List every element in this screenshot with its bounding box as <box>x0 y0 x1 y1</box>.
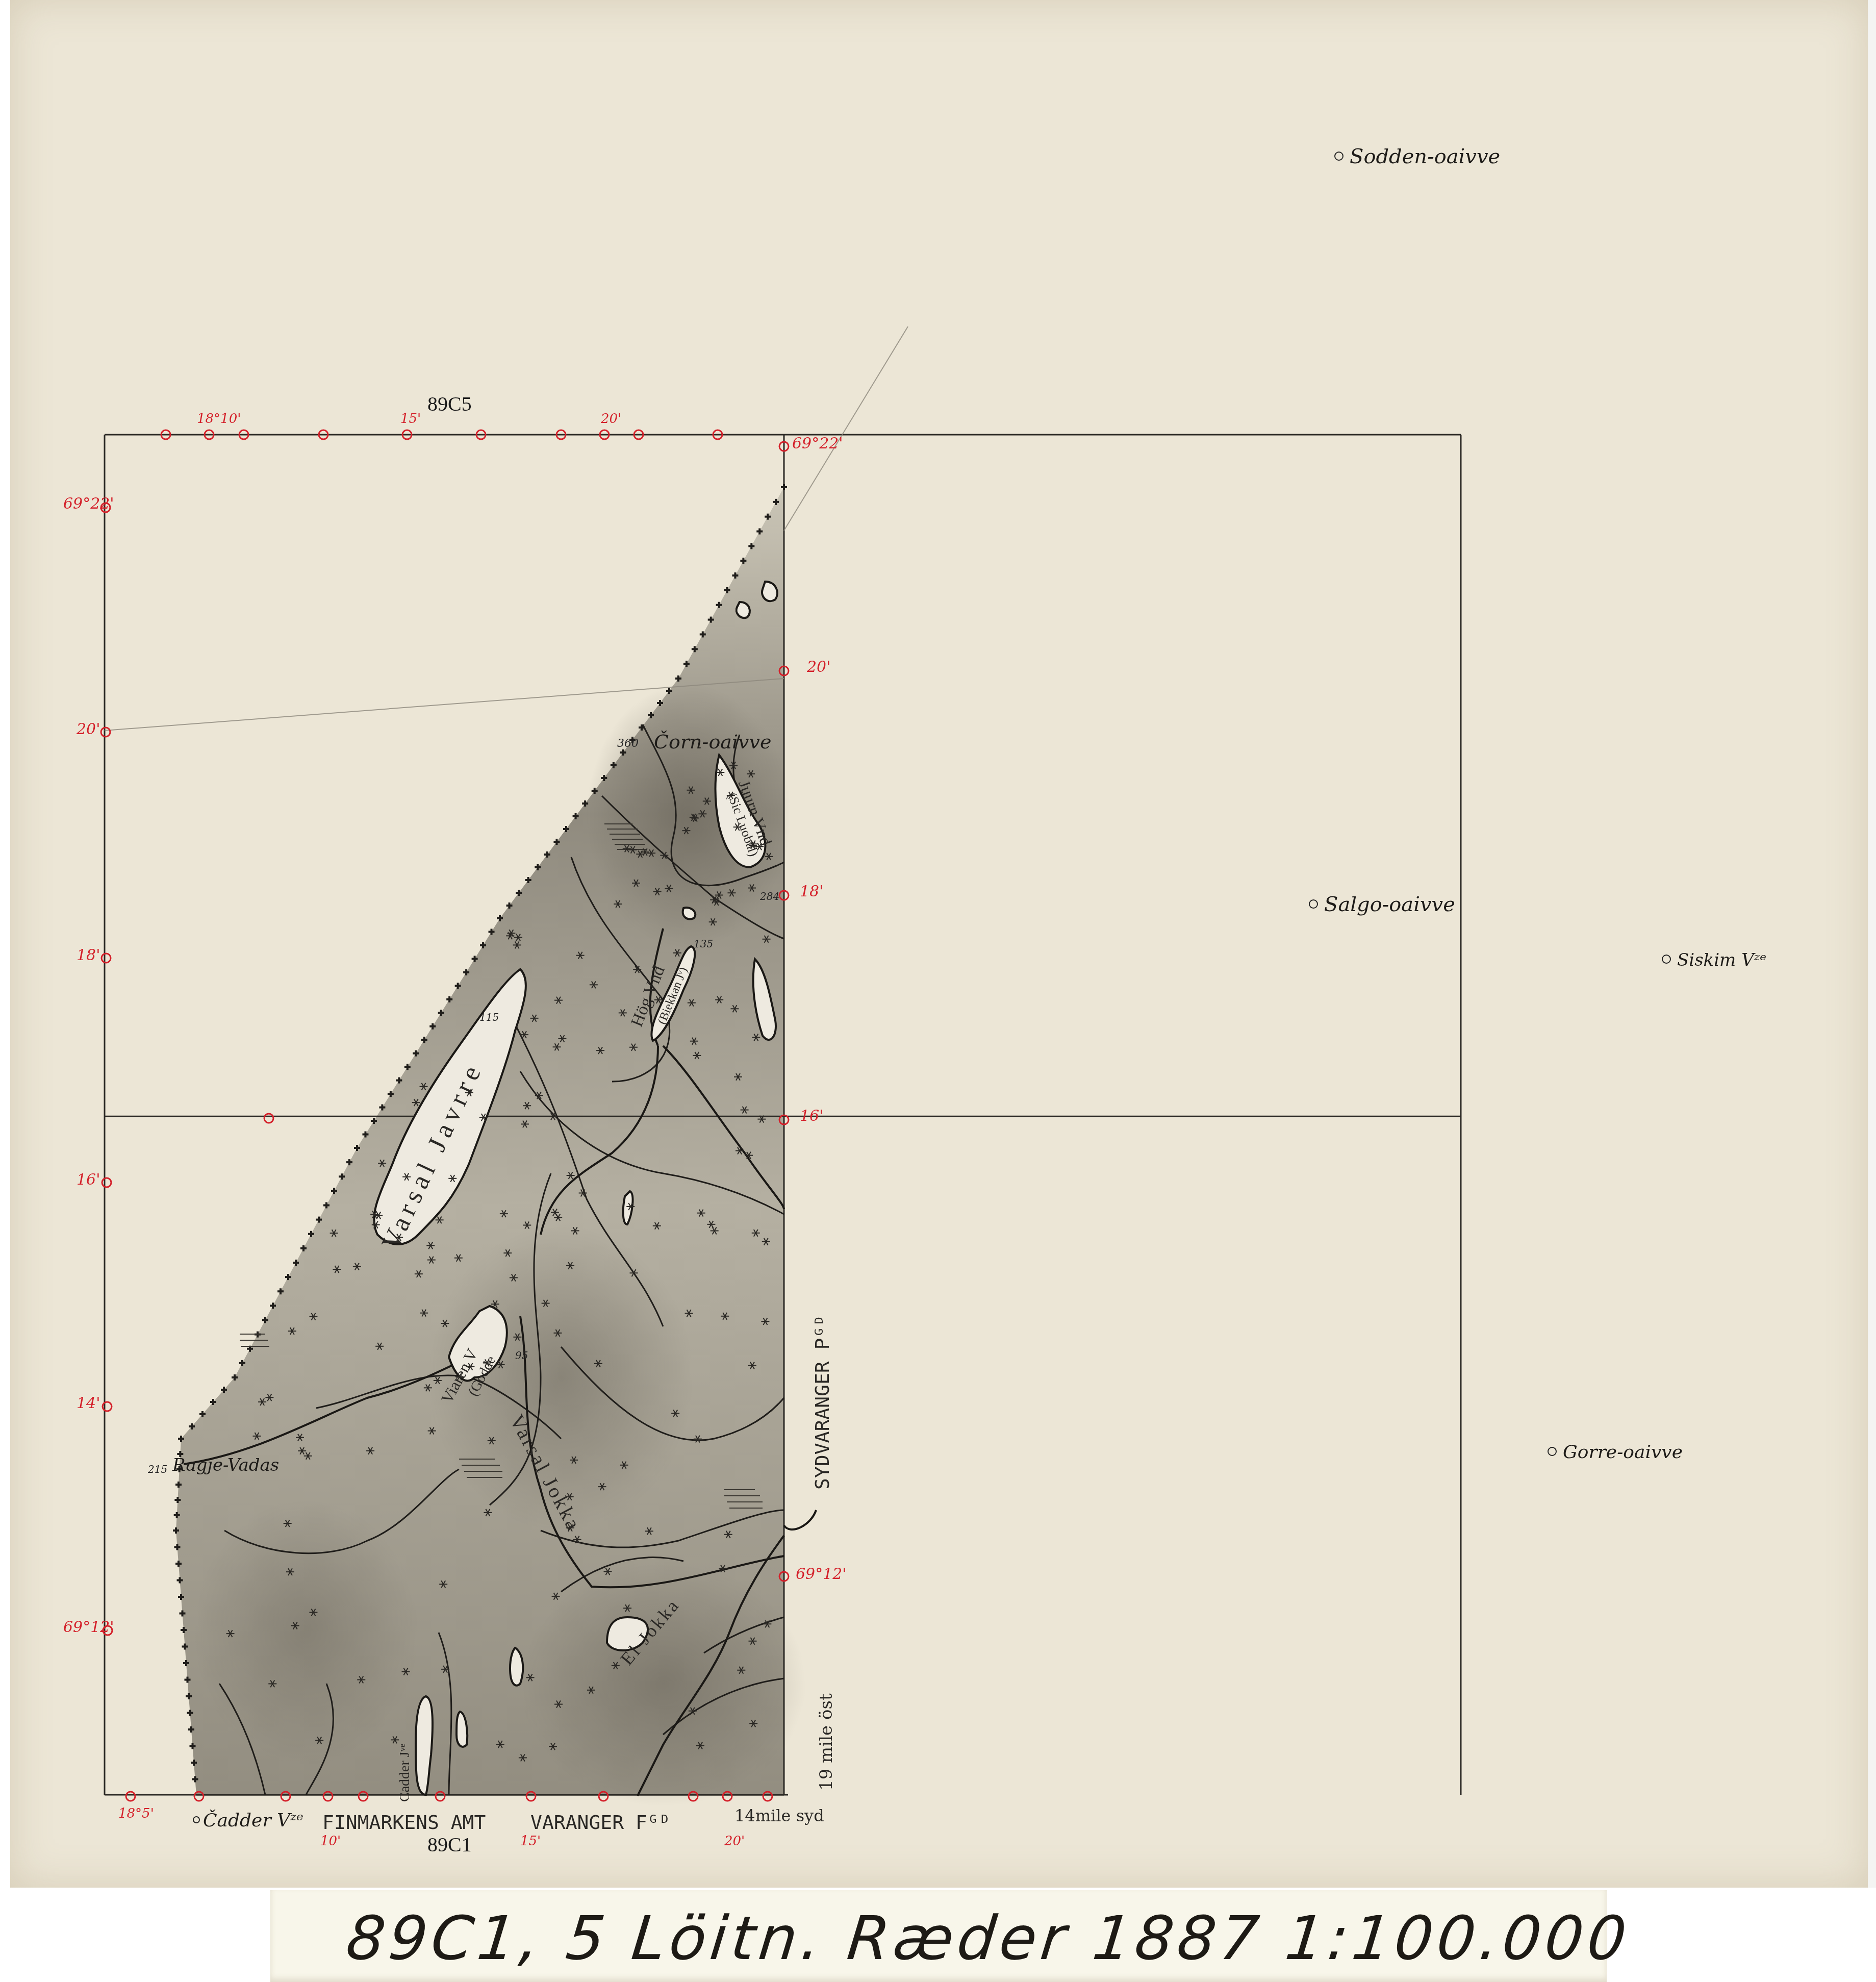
lake-cadder-label: Cadder Jᵛᵉ <box>397 1744 413 1802</box>
place-sodden-oaivve: Sodden-oaivve <box>1334 145 1500 168</box>
map-graphics <box>0 0 1876 1888</box>
lon-label-top-2: 15' <box>400 411 421 426</box>
elevation-284: 284 <box>760 890 779 902</box>
place-siskim: Siskim Vᶻᵉ <box>1662 950 1766 970</box>
lat-label-inner-22: 69°22' <box>792 435 843 453</box>
elevation-95: 95 <box>515 1349 528 1362</box>
lat-label-inner-16: 16' <box>800 1107 823 1125</box>
lon-label-bottom-4: 20' <box>724 1834 745 1849</box>
distance-south-label: 14mile syd <box>734 1806 824 1825</box>
lat-label-left-14: 14' <box>77 1394 100 1412</box>
trig-point-icon <box>193 1816 200 1823</box>
bottom-point-cadder: Čadder Vᶻᵉ <box>193 1810 303 1831</box>
elevation-215: 215 <box>148 1463 167 1475</box>
elevation-115: 115 <box>479 1011 499 1023</box>
caption-text: 89C1, 5 Löitn. Ræder 1887 1:100.000 <box>343 1903 1634 1973</box>
lat-label-inner-12: 69°12' <box>796 1565 847 1583</box>
district-east-label: SYDVARANGER Pᴳᴰ <box>811 1315 833 1490</box>
place-salgo-oaivve: Salgo-oaivve <box>1309 893 1455 916</box>
ford-ragje-vadas: Ragje-Vadas <box>172 1455 279 1475</box>
trig-point-icon <box>1662 955 1671 964</box>
trig-point-icon <box>1548 1447 1557 1456</box>
lon-label-top-1: 18°10' <box>197 411 241 426</box>
sheet-id-top: 89C5 <box>427 392 472 416</box>
lat-label-left-12: 69°12' <box>63 1618 114 1636</box>
elevation-135: 135 <box>694 938 713 950</box>
district-label: VARANGER Fᴳᴰ <box>530 1811 671 1834</box>
county-label: FINMARKENS AMT <box>322 1811 486 1834</box>
lat-label-left-20: 20' <box>77 720 100 738</box>
lat-label-left-18: 18' <box>77 946 100 964</box>
elevation-360: 360 <box>617 737 639 750</box>
lat-label-left-16: 16' <box>77 1171 100 1189</box>
lon-label-bottom-1: 18°5' <box>118 1806 154 1821</box>
lat-label-left-22: 69°22' <box>63 495 114 513</box>
distance-east-label: 19 mile öst <box>816 1693 836 1791</box>
lon-label-bottom-2: 10' <box>320 1834 341 1849</box>
summit-corn-oaivve: Čorn-oaivve <box>654 731 772 753</box>
place-gorre-oaivve: Gorre-oaivve <box>1548 1442 1683 1463</box>
trig-point-icon <box>1309 899 1318 909</box>
lat-label-inner-18: 18' <box>800 883 823 900</box>
lon-label-top-3: 20' <box>601 411 621 426</box>
trig-point-icon <box>1334 152 1343 161</box>
lat-label-inner-20: 20' <box>807 658 830 676</box>
lon-label-bottom-3: 15' <box>520 1834 541 1849</box>
sheet-id-bottom: 89C1 <box>427 1833 472 1856</box>
